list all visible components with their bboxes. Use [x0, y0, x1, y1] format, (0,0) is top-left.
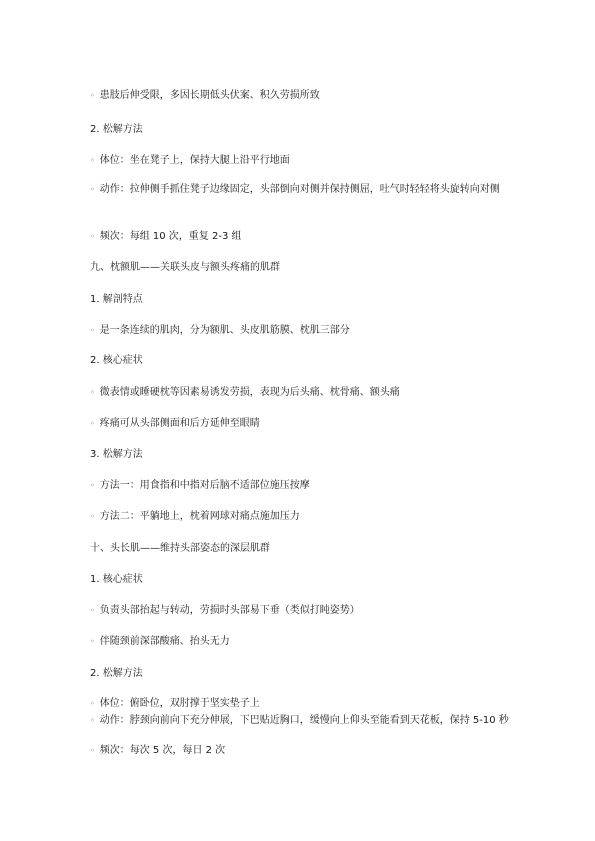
bullet-item: 负责头部抬起与转动，劳损时头部易下垂（类似打盹姿势）	[90, 603, 510, 618]
section-subheading: 3. 松解方法	[90, 447, 510, 462]
bullet-item: 微表情或睡硬枕等因素易诱发劳损，表现为后头痛、枕骨痛、额头痛	[90, 385, 510, 400]
bullet-item: 伴随颈前深部酸痛、抬头无力	[90, 634, 510, 649]
bullet-item: 是一条连续的肌肉，分为额肌、头皮肌筋膜、枕肌三部分	[90, 323, 510, 338]
bullet-item: 体位：俯卧位，双肘撑于坚实垫子上	[90, 696, 510, 711]
bullet-item: 患肢后伸受限，多因长期低头伏案、积久劳损所致	[90, 88, 510, 103]
bullet-item: 动作：拉伸侧手抓住凳子边缘固定，头部倒向对侧并保持侧屈，吐气时轻轻将头旋转向对侧	[90, 182, 510, 197]
section-subheading: 2. 松解方法	[90, 122, 510, 137]
bullet-item: 动作：脖颈向前向下充分伸展，下巴贴近胸口，缓慢向上仰头至能看到天花板，保持 5-…	[90, 713, 510, 728]
bullet-item: 方法二：平躺地上，枕着网球对痛点施加压力	[90, 509, 510, 524]
section-subheading: 1. 解剖特点	[90, 292, 510, 307]
section-heading: 十、头长肌——维持头部姿态的深层肌群	[90, 541, 510, 556]
section-subheading: 1. 核心症状	[90, 572, 510, 587]
bullet-item: 频次：每次 5 次，每日 2 次	[90, 743, 510, 758]
bullet-item: 疼痛可从头部侧面和后方延伸至眼睛	[90, 416, 510, 431]
section-heading: 九、枕额肌——关联头皮与额头疼痛的肌群	[90, 260, 510, 275]
section-subheading: 2. 核心症状	[90, 353, 510, 368]
bullet-item: 方法一：用食指和中指对后脑不适部位施压按摩	[90, 478, 510, 493]
bullet-item: 体位：坐在凳子上，保持大腿上沿平行地面	[90, 153, 510, 168]
bullet-item: 频次：每组 10 次，重复 2-3 组	[90, 229, 510, 244]
section-subheading: 2. 松解方法	[90, 666, 510, 681]
